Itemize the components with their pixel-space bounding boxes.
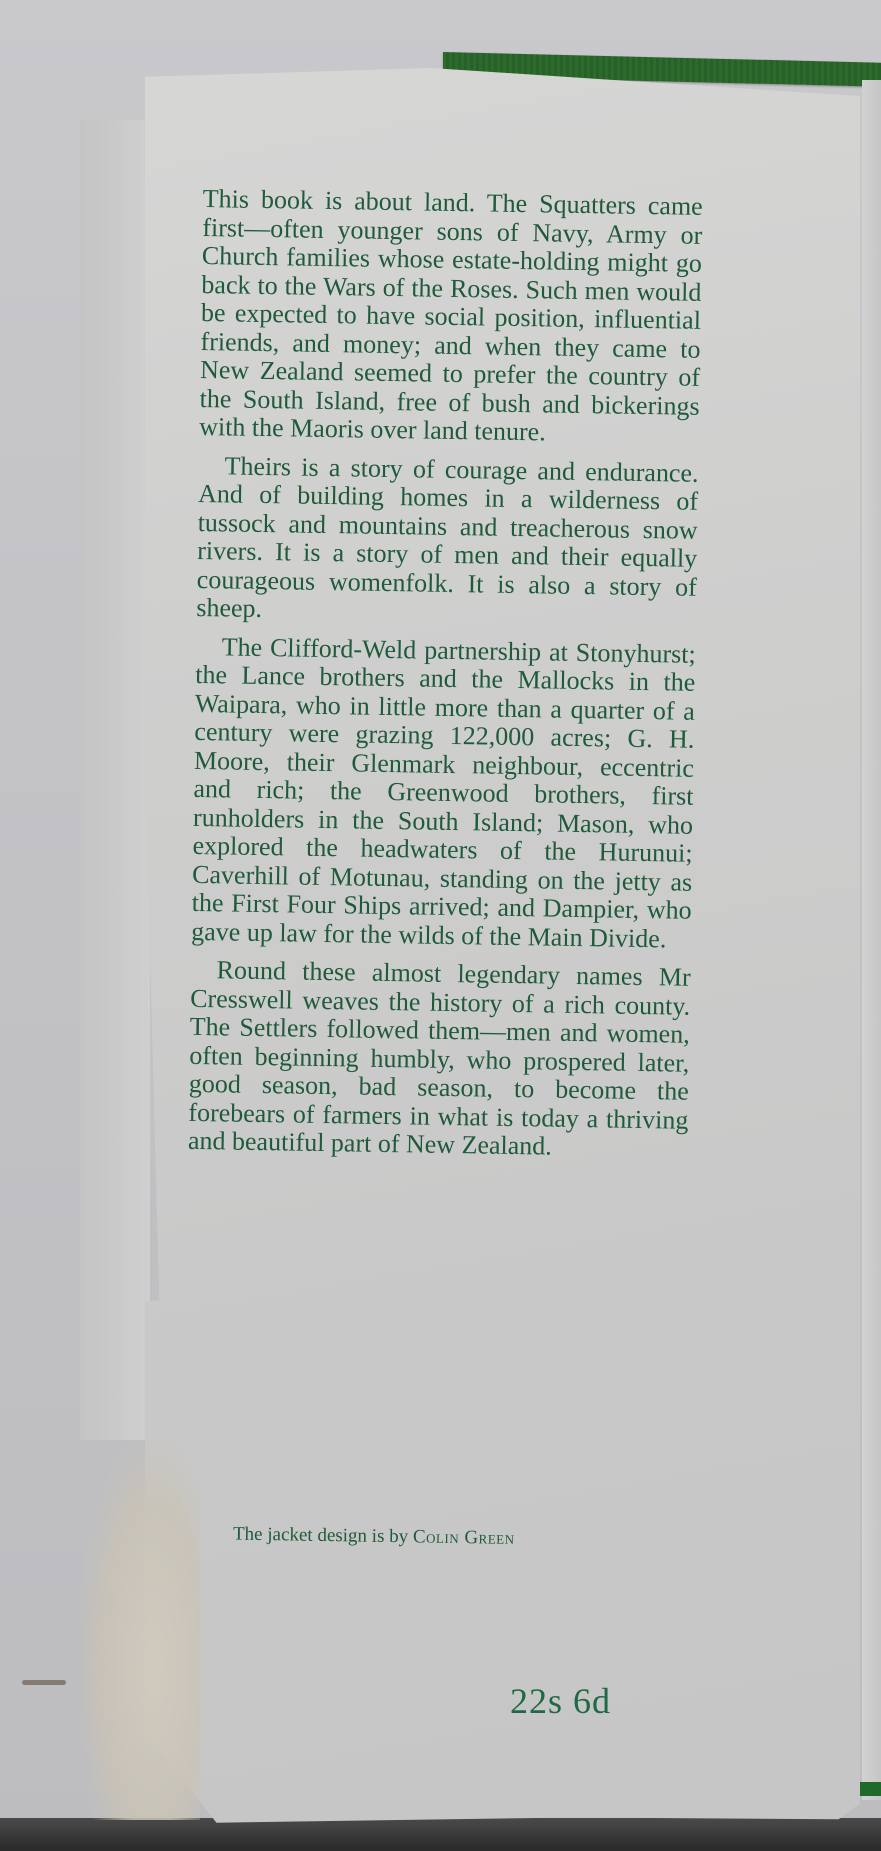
blurb-paragraph-1: This book is about land. The Squatters c… — [199, 185, 703, 449]
book-cover-green-corner — [860, 1782, 881, 1796]
flap-wear-stain — [80, 1440, 200, 1820]
blurb-paragraph-2: Theirs is a story of courage and enduran… — [196, 451, 699, 630]
blurb-paragraph-3: The Clifford-Weld partnership at Stonyhu… — [191, 632, 696, 953]
table-shadow — [0, 1818, 881, 1851]
debris-speck — [22, 1680, 66, 1685]
credit-designer: Colin Green — [413, 1526, 515, 1549]
credit-prefix: The jacket design is by — [233, 1524, 413, 1548]
price-label: 22s 6d — [510, 1680, 611, 1722]
jacket-flap-fold — [80, 120, 150, 1440]
book-cover-right-edge — [862, 80, 881, 1800]
blurb-paragraph-4: Round these almost legendary names Mr Cr… — [188, 956, 691, 1163]
blurb-text: This book is about land. The Squatters c… — [188, 185, 703, 1173]
